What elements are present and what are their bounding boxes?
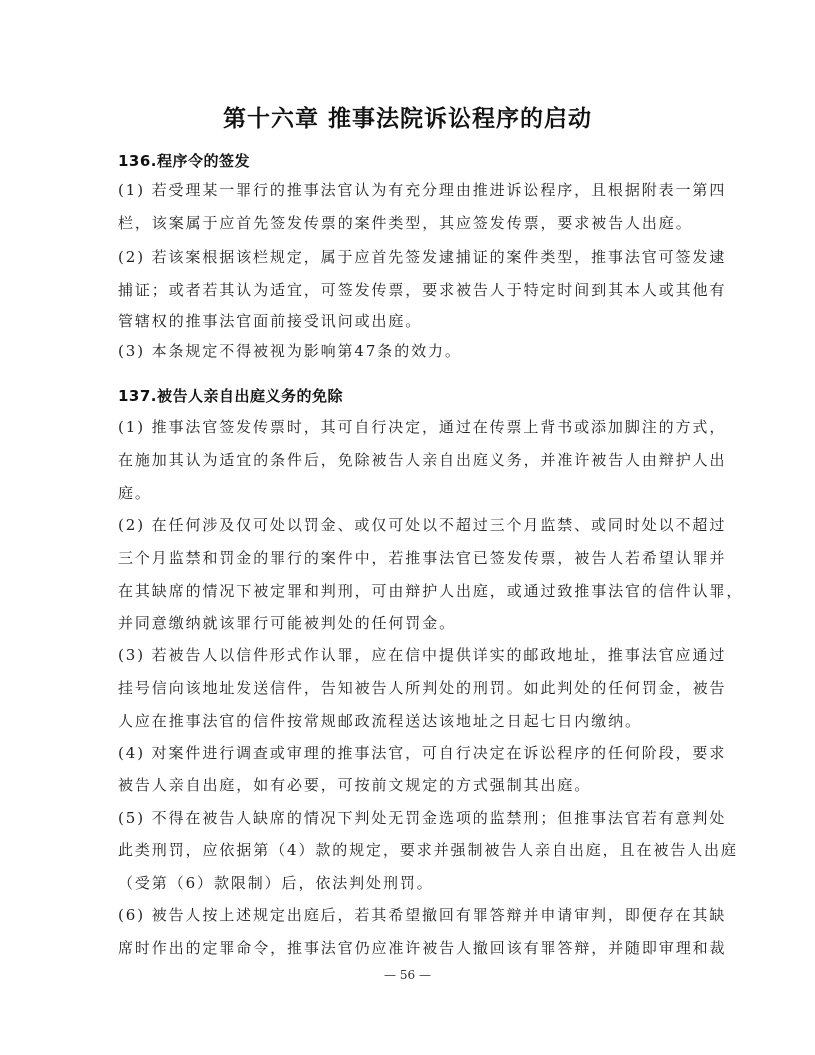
section-heading-136: 136.程序令的签发 — [118, 150, 250, 171]
paragraph-line: 席时作出的定罪命令，推事法官仍应准许被告人撤回该有罪答辩，并随即审理和裁 — [118, 938, 703, 958]
paragraph-line: (6) 被告人按上述规定出庭后，若其希望撤回有罪答辩并申请审判，即便存在其缺 — [118, 905, 703, 925]
paragraph-line: 挂号信向该地址发送信件，告知被告人所判处的刑罚。如此判处的任何罚金，被告 — [118, 678, 703, 698]
paragraph-line: 三个月监禁和罚金的罪行的案件中，若推事法官已签发传票，被告人若希望认罪并 — [118, 548, 703, 568]
paragraph-line: (4) 对案件进行调查或审理的推事法官，可自行决定在诉讼程序的任何阶段，要求 — [118, 743, 703, 763]
paragraph-line: 管辖权的推事法官面前接受讯问或出庭。 — [118, 311, 703, 331]
paragraph-line: （受第（6）款限制）后，依法判处刑罚。 — [118, 873, 703, 893]
document-page: 第十六章 推事法院诉讼程序的启动 136.程序令的签发 (1) 若受理某一罪行的… — [0, 0, 815, 1055]
paragraph-line: 在施加其认为适宜的条件后，免除被告人亲自出庭义务，并准许被告人由辩护人出 — [118, 450, 703, 470]
paragraph-line: 人应在推事法官的信件按常规邮政流程送达该地址之日起七日内缴纳。 — [118, 711, 703, 731]
paragraph-line: (3) 本条规定不得被视为影响第47条的效力。 — [118, 341, 703, 361]
page-number: — 56 — — [0, 968, 815, 982]
paragraph-line: (2) 在任何涉及仅可处以罚金、或仅可处以不超过三个月监禁、或同时处以不超过 — [118, 515, 703, 535]
section-heading-137: 137.被告人亲自出庭义务的免除 — [118, 385, 343, 406]
paragraph-line: 并同意缴纳就该罪行可能被判处的任何罚金。 — [118, 613, 703, 633]
paragraph-line: (2) 若该案根据该栏规定，属于应首先签发逮捕证的案件类型，推事法官可签发逮 — [118, 247, 703, 267]
chapter-title: 第十六章 推事法院诉讼程序的启动 — [0, 100, 815, 133]
paragraph-line: 此类刑罚，应依据第（4）款的规定，要求并强制被告人亲自出庭，且在被告人出庭 — [118, 840, 703, 860]
paragraph-line: 栏，该案属于应首先签发传票的案件类型，其应签发传票，要求被告人出庭。 — [118, 213, 703, 233]
paragraph-line: (3) 若被告人以信件形式作认罪，应在信中提供详实的邮政地址，推事法官应通过 — [118, 645, 703, 665]
paragraph-line: 庭。 — [118, 483, 703, 503]
paragraph-line: 捕证；或者若其认为适宜，可签发传票，要求被告人于特定时间到其本人或其他有 — [118, 280, 703, 300]
paragraph-line: 被告人亲自出庭，如有必要，可按前文规定的方式强制其出庭。 — [118, 775, 703, 795]
paragraph-line: 在其缺席的情况下被定罪和判刑，可由辩护人出庭，或通过致推事法官的信件认罪， — [118, 581, 703, 601]
paragraph-line: (1) 若受理某一罪行的推事法官认为有充分理由推进诉讼程序，且根据附表一第四 — [118, 180, 703, 200]
paragraph-line: (5) 不得在被告人缺席的情况下判处无罚金选项的监禁刑；但推事法官若有意判处 — [118, 808, 703, 828]
paragraph-line: (1) 推事法官签发传票时，其可自行决定，通过在传票上背书或添加脚注的方式， — [118, 417, 703, 437]
